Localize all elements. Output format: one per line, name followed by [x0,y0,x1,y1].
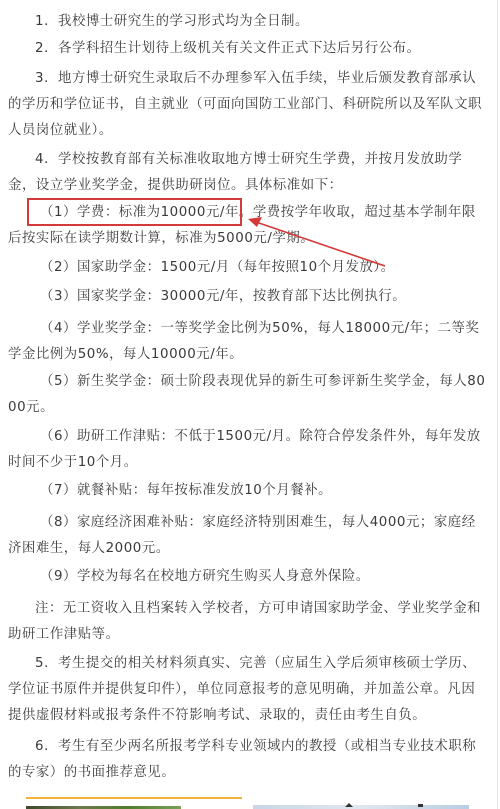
item-research-allowance: （6）助研工作津贴：不低于1500元/月。除符合停发条件外，每年发放时间不少于1… [8,424,486,476]
paragraph-3: 3．地方博士研究生录取后不办理参军入伍手续，毕业后颁发教育部承认的学历和学位证书… [8,66,486,144]
building-roof-shape [345,803,353,807]
page-edge-divider [497,0,498,809]
item-insurance: （9）学校为每名在校地方研究生购买人身意外保险。 [8,564,486,590]
paragraph-6: 6．考生有至少两名所报考学科专业领域内的教授（或相当专业技术职称的专家）的书面推… [8,734,486,786]
building-roof-shape-2 [418,804,423,807]
highlight-box [27,198,242,226]
paragraph-1: 1．我校博士研究生的学习形式均为全日制。 [8,9,486,35]
paragraph-5: 5．考生提交的相关材料须真实、完善（应届生入学后须审核硕士学历、学位证书原件并提… [8,651,486,729]
item-meal-subsidy: （7）就餐补贴：每年按标准发放10个月餐补。 [8,478,486,504]
note-paragraph: 注：无工资收入且档案转入学校者，方可申请国家助学金、学业奖学金和助研工作津贴等。 [8,596,486,648]
orange-divider [26,797,242,799]
item-national-grant: （2）国家助学金：1500元/月（每年按照10个月发放）。 [8,255,486,281]
bottom-image-left [26,795,242,809]
paragraph-4: 4．学校按教育部有关标准收取地方博士研究生学费，并按月发放助学金，设立学业奖学金… [8,147,486,199]
item-hardship-subsidy: （8）家庭经济困难补贴：家庭经济特别困难生，每人4000元；家庭经济困难生，每人… [8,510,486,562]
item-academic-scholarship: （4）学业奖学金：一等奖学金比例为50%，每人18000元/年；二等奖学金比例为… [8,316,486,368]
paragraph-2: 2．各学科招生计划待上级机关有关文件正式下达后另行公布。 [8,36,486,62]
bottom-image-right [253,805,469,809]
item-freshman-scholarship: （5）新生奖学金：硕士阶段表现优异的新生可参评新生奖学金，每人8000元。 [8,369,486,421]
item-national-scholarship: （3）国家奖学金：30000元/年，按教育部下达比例执行。 [8,284,486,310]
